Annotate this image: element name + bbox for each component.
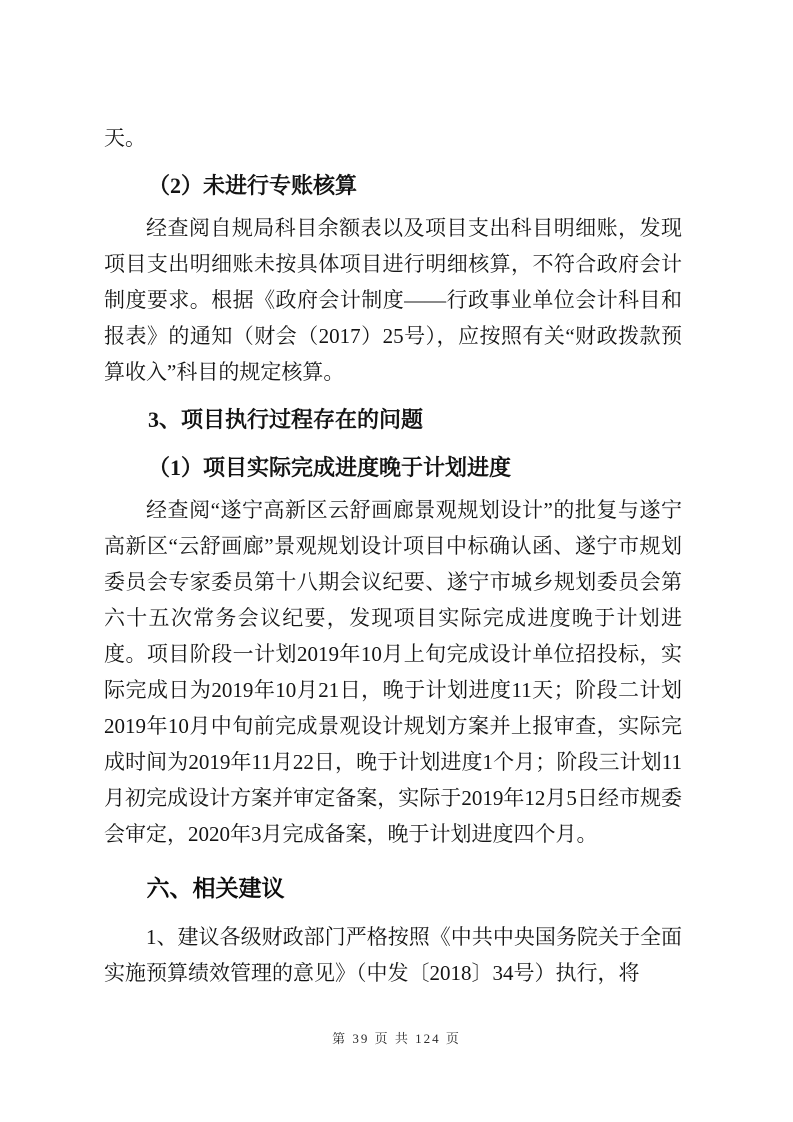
page-footer: 第 39 页 共 124 页: [0, 1028, 793, 1047]
heading-execution-problems: 3、项目执行过程存在的问题: [104, 402, 682, 438]
document-content: 天。 （2）未进行专账核算 经查阅自规局科目余额表以及项目支出科目明细账，发现项…: [104, 120, 682, 991]
page-number-label: 第 39 页 共 124 页: [332, 1031, 461, 1046]
paragraph-continuation: 天。: [104, 120, 682, 156]
heading-recommendations: 六、相关建议: [104, 869, 682, 907]
paragraph-recommendation-1: 1、建议各级财政部门严格按照《中共中央国务院关于全面实施预算绩效管理的意见》（中…: [104, 919, 682, 991]
paragraph-account-issue: 经查阅自规局科目余额表以及项目支出科目明细账，发现项目支出明细账未按具体项目进行…: [104, 210, 682, 390]
heading-progress-delay: （1）项目实际完成进度晚于计划进度: [104, 450, 682, 486]
document-page: 天。 （2）未进行专账核算 经查阅自规局科目余额表以及项目支出科目明细账，发现项…: [0, 0, 793, 1122]
paragraph-progress-detail: 经查阅“遂宁高新区云舒画廊景观规划设计”的批复与遂宁高新区“云舒画廊”景观规划设…: [104, 492, 682, 852]
heading-no-special-account: （2）未进行专账核算: [104, 168, 682, 204]
